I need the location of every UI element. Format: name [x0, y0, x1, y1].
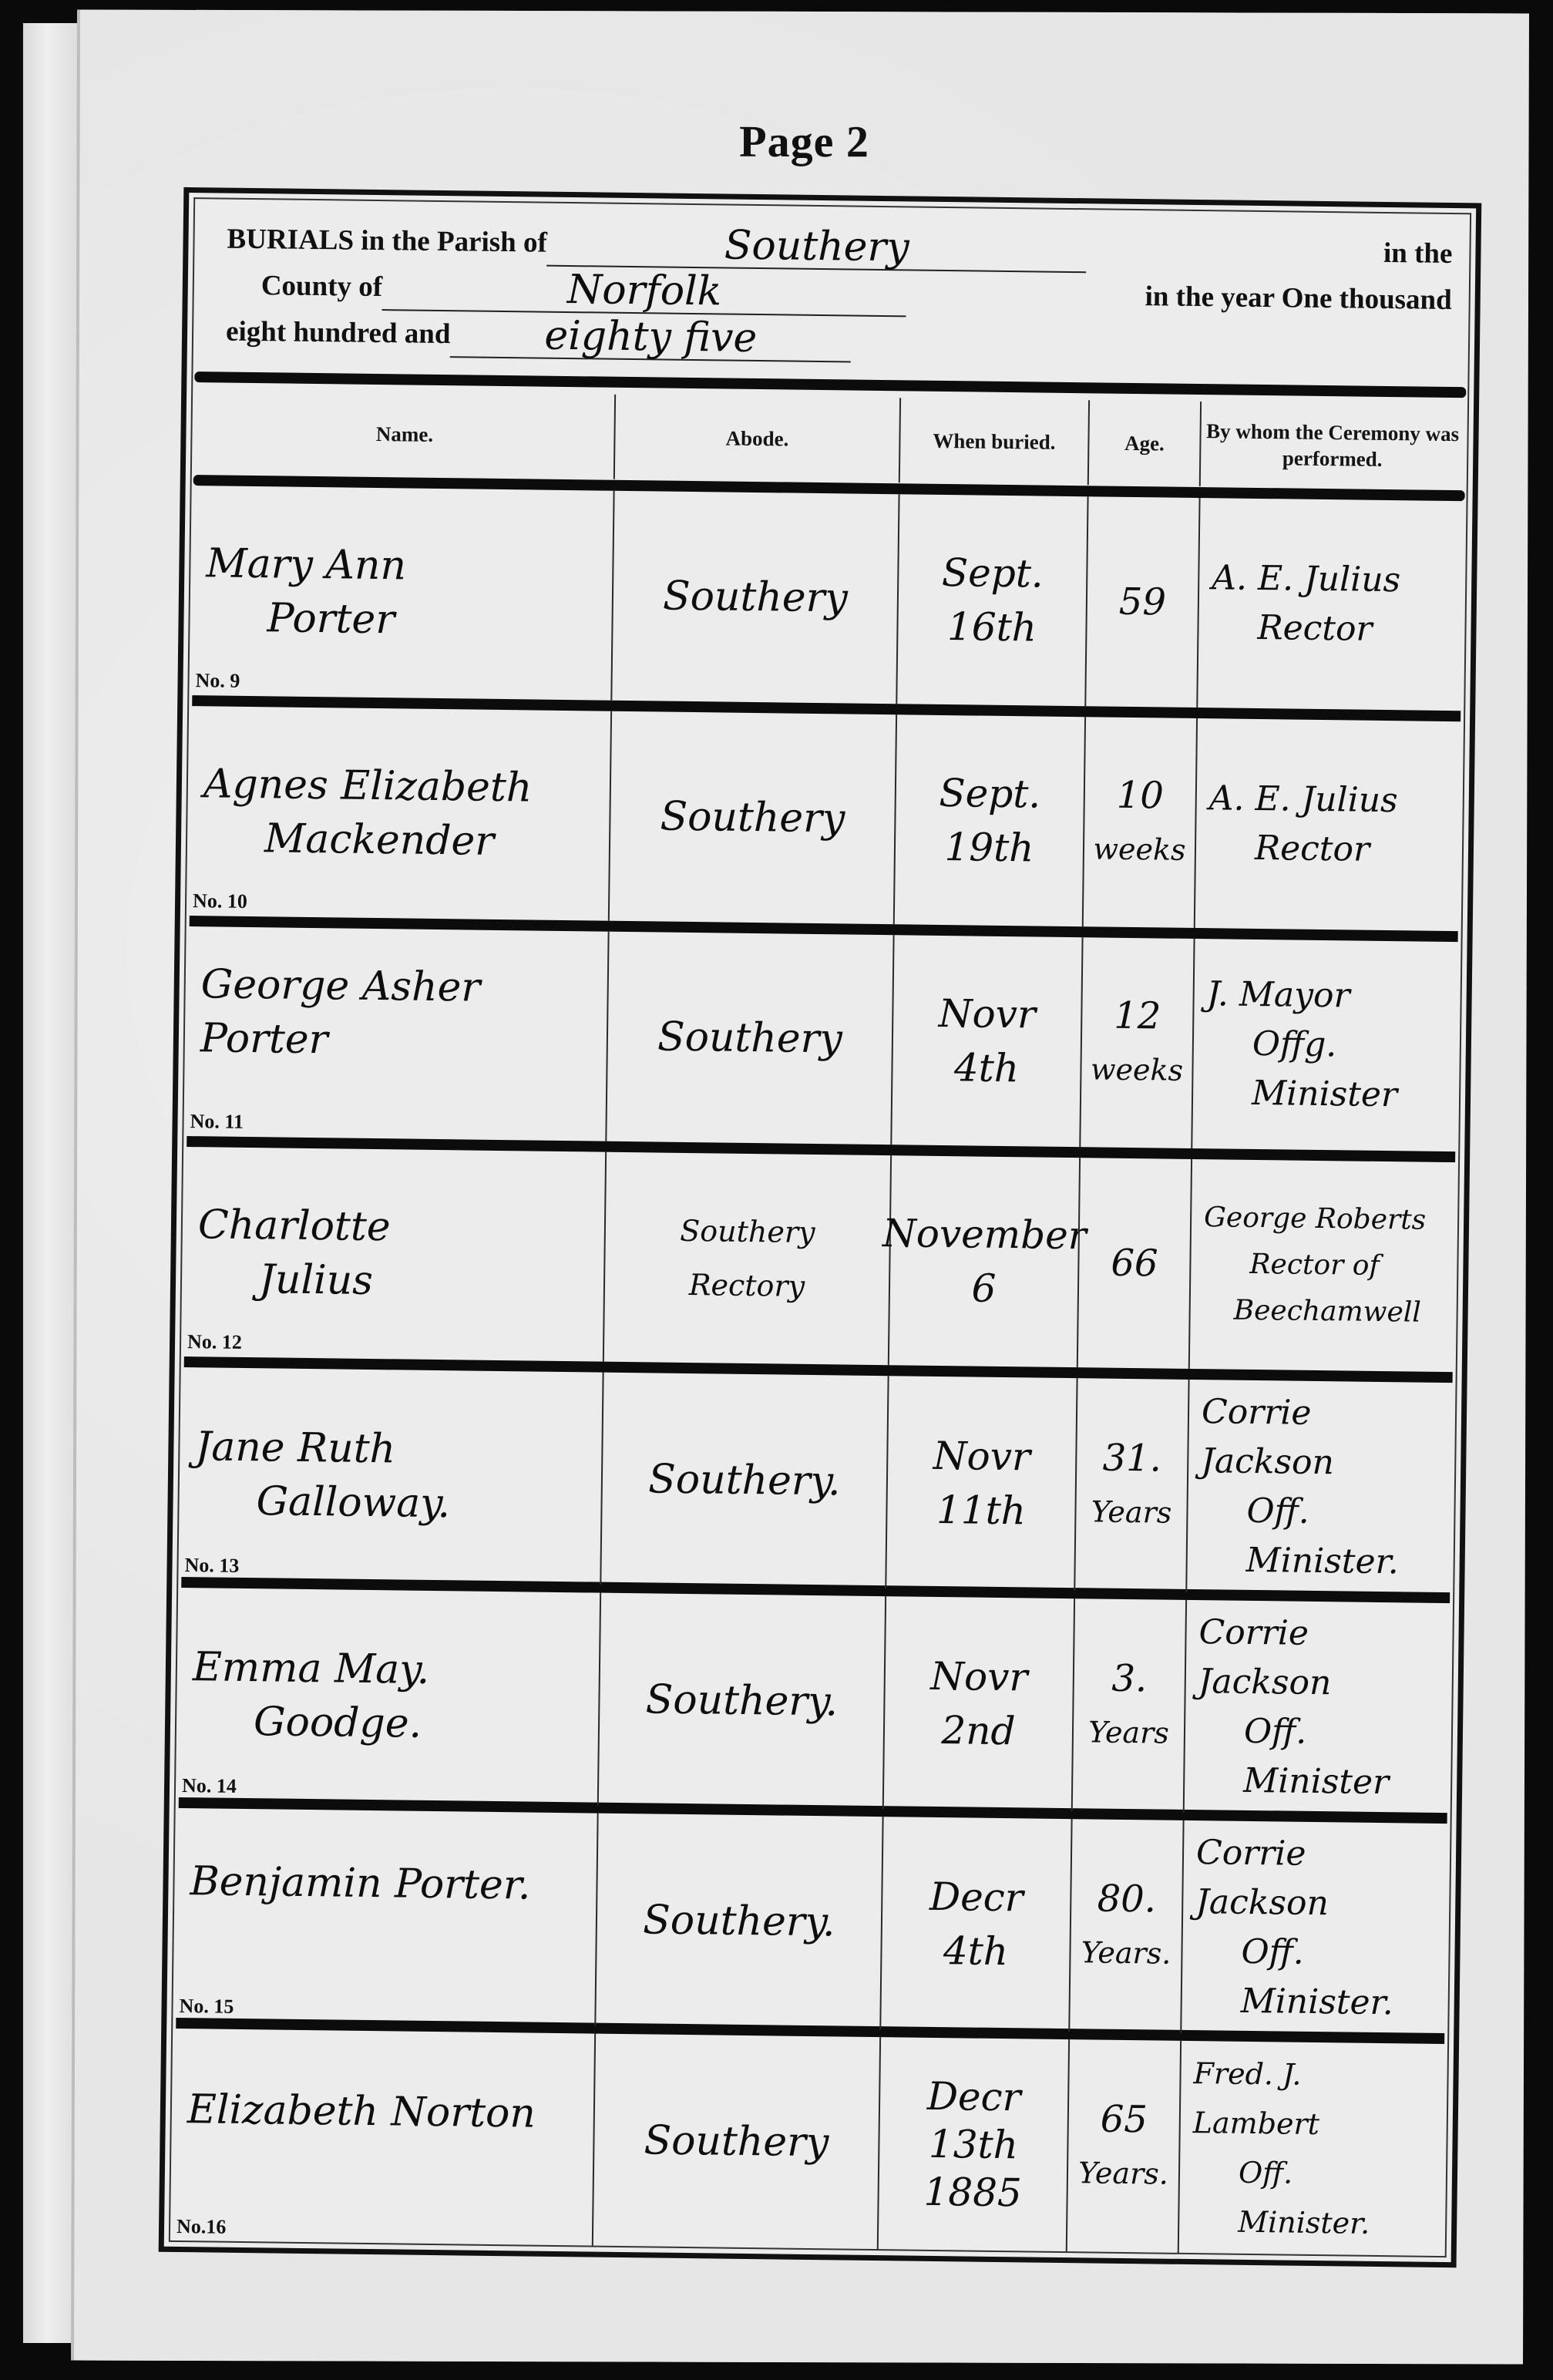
entry-abode: Southery: [607, 932, 894, 1145]
table-row: George Asher Porter No. 11 Southery Novr…: [187, 926, 1457, 1162]
entry-age: 31. Years: [1075, 1378, 1189, 1592]
table-row: Agnes Elizabeth Mackender No. 10 Souther…: [190, 706, 1461, 942]
page-heading: Page 2: [79, 114, 1528, 170]
year-field: eighty five: [450, 313, 852, 362]
entry-name: Agnes Elizabeth Mackender No. 10: [190, 706, 612, 921]
entry-abode: Southery.: [599, 1593, 886, 1809]
entry-date: Sept. 16th: [897, 494, 1088, 706]
entry-abode: Southery: [612, 491, 899, 704]
entry-age: 59: [1086, 496, 1200, 708]
entry-date: November 6: [889, 1155, 1081, 1367]
register-page: Page 2 BURIALS in the Parish of Southery…: [74, 10, 1529, 2365]
entry-number: No. 13: [184, 1554, 239, 1578]
entry-date: Novr 4th: [892, 935, 1083, 1147]
entry-officiant: George Roberts Rector of Beechamwell: [1190, 1159, 1455, 1372]
entry-date: Decr 4th: [881, 1817, 1072, 2032]
burial-register-table: BURIALS in the Parish of Southery in the…: [159, 187, 1482, 2267]
table-row: Elizabeth Norton No.16 Southery Decr 13t…: [173, 2029, 1444, 2254]
entry-number: No. 15: [179, 1995, 234, 2019]
title-prefix: BURIALS in the Parish of: [227, 217, 547, 267]
col-header-when-buried: When buried.: [900, 398, 1090, 485]
title-suffix-2: in the year One thousand: [1145, 274, 1452, 324]
table-row: Jane Ruth Galloway. No. 13 Southery. Nov…: [181, 1367, 1452, 1603]
entry-date: Novr 2nd: [884, 1596, 1075, 1811]
entry-officiant: Corrie Jackson Off. Minister.: [1182, 1820, 1447, 2036]
entry-age: 66: [1078, 1158, 1192, 1369]
entry-abode: Southery Rectory: [604, 1152, 892, 1366]
entry-age: 65 Years.: [1067, 2039, 1182, 2254]
parish-field: Southery: [546, 222, 1087, 274]
county-field: Norfolk: [382, 266, 907, 317]
col-header-name: Name.: [195, 389, 616, 479]
entry-name: Benjamin Porter. No. 15: [176, 1808, 598, 2026]
col-header-abode: Abode.: [615, 395, 901, 483]
entry-number: No. 11: [190, 1110, 244, 1134]
entry-abode: Southery: [593, 2034, 881, 2250]
col-header-officiant: By whom the Ceremony was performed.: [1201, 402, 1464, 489]
entry-officiant: Corrie Jackson Off. Minister: [1185, 1600, 1450, 1816]
entry-age: 12 weeks: [1081, 937, 1195, 1148]
entry-abode: Southery: [610, 711, 897, 925]
table-row: Benjamin Porter. No. 15 Southery. Decr 4…: [176, 1808, 1447, 2044]
col-header-age: Age.: [1089, 400, 1202, 486]
entry-number: No. 9: [195, 669, 240, 693]
entry-number: No. 14: [182, 1774, 237, 1798]
entries: Mary Ann Porter No. 9 Southery Sept. 16t…: [173, 486, 1464, 2254]
entry-name: Jane Ruth Galloway. No. 13: [181, 1367, 603, 1585]
entry-abode: Southery.: [596, 1814, 883, 2029]
entry-officiant: A. E. Julius Rector: [1195, 718, 1461, 931]
column-headers: Name. Abode. When buried. Age. By whom t…: [195, 389, 1464, 489]
year-label: eight hundred and: [226, 309, 451, 358]
title-suffix-1: in the: [1383, 230, 1453, 277]
book-spine-edge: [23, 23, 82, 2343]
entry-number: No. 12: [187, 1330, 242, 1354]
entry-number: No. 10: [193, 889, 247, 913]
entry-number: No.16: [176, 2215, 227, 2239]
entry-date: Sept. 19th: [895, 714, 1086, 926]
entry-officiant: Fred. J. Lambert Off. Minister.: [1179, 2041, 1444, 2257]
entry-name: Elizabeth Norton No.16: [173, 2029, 596, 2247]
entry-name: Emma May. Goodge. No. 14: [179, 1588, 601, 1806]
register-title: BURIALS in the Parish of Southery in the…: [226, 217, 1453, 370]
table-row: Charlotte Julius No. 12 Southery Rectory…: [184, 1147, 1455, 1383]
entry-age: 80. Years.: [1070, 1819, 1184, 2033]
entry-name: George Asher Porter No. 11: [187, 926, 609, 1141]
entry-age: 10 weeks: [1084, 717, 1198, 928]
entry-officiant: A. E. Julius Rector: [1198, 498, 1463, 711]
table-row: Mary Ann Porter No. 9 Southery Sept. 16t…: [192, 486, 1463, 721]
entry-date: Decr 13th 1885: [879, 2037, 1070, 2252]
entry-officiant: Corrie Jackson Off. Minister.: [1187, 1380, 1452, 1595]
entry-age: 3. Years: [1073, 1598, 1187, 1813]
entry-name: Mary Ann Porter No. 9: [192, 486, 614, 701]
county-label: County of: [261, 263, 382, 311]
table-row: Emma May. Goodge. No. 14 Southery. Novr …: [179, 1588, 1450, 1824]
entry-date: Novr 11th: [886, 1376, 1077, 1591]
entry-name: Charlotte Julius No. 12: [184, 1147, 607, 1362]
entry-officiant: J. Mayor Offg. Minister: [1192, 939, 1457, 1151]
entry-abode: Southery.: [601, 1373, 889, 1588]
